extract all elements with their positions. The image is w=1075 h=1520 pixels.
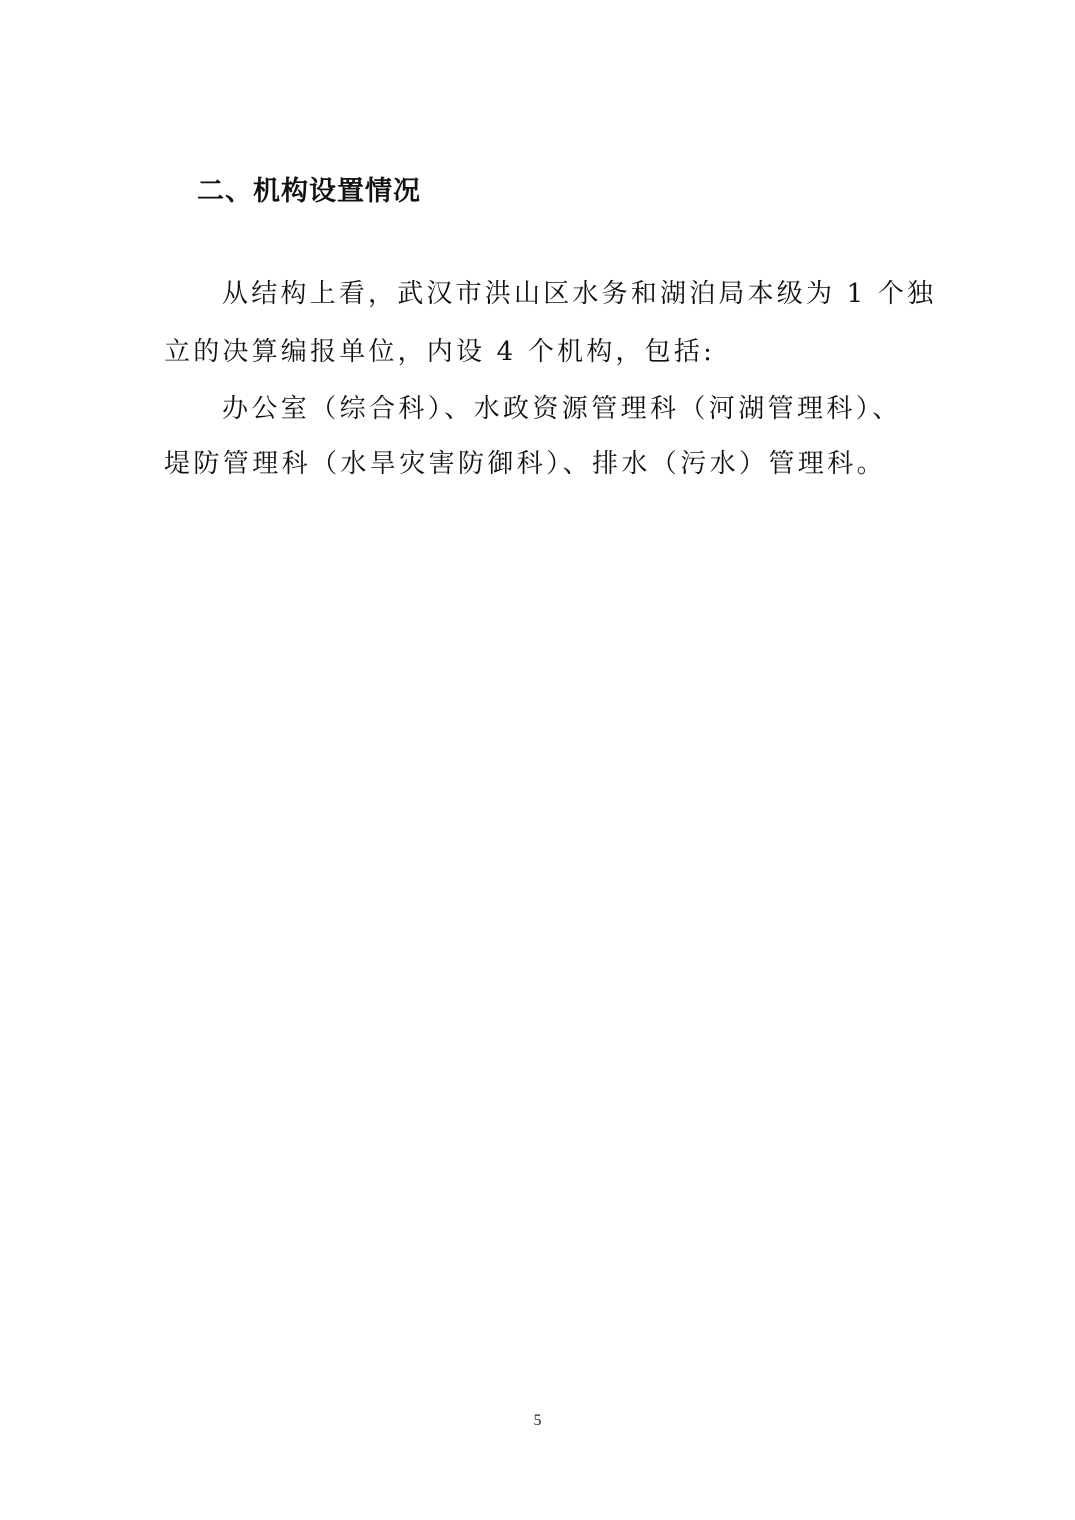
paragraph-line: 从结构上看，武汉市洪山区水务和湖泊局本级为 1 个独 [222,274,936,314]
paragraph-line: 办公室（综合科）、水政资源管理科（河湖管理科）、 [222,389,902,429]
section-heading: 二、机构设置情况 [197,172,421,212]
paragraph-line: 立的决算编报单位，内设 4 个机构，包括: [164,332,715,372]
page-number: 5 [0,1411,1075,1431]
document-page: 二、机构设置情况 从结构上看，武汉市洪山区水务和湖泊局本级为 1 个独 立的决算… [0,0,1075,1520]
paragraph-line: 堤防管理科（水旱灾害防御科）、排水（污水）管理科。 [164,444,886,484]
